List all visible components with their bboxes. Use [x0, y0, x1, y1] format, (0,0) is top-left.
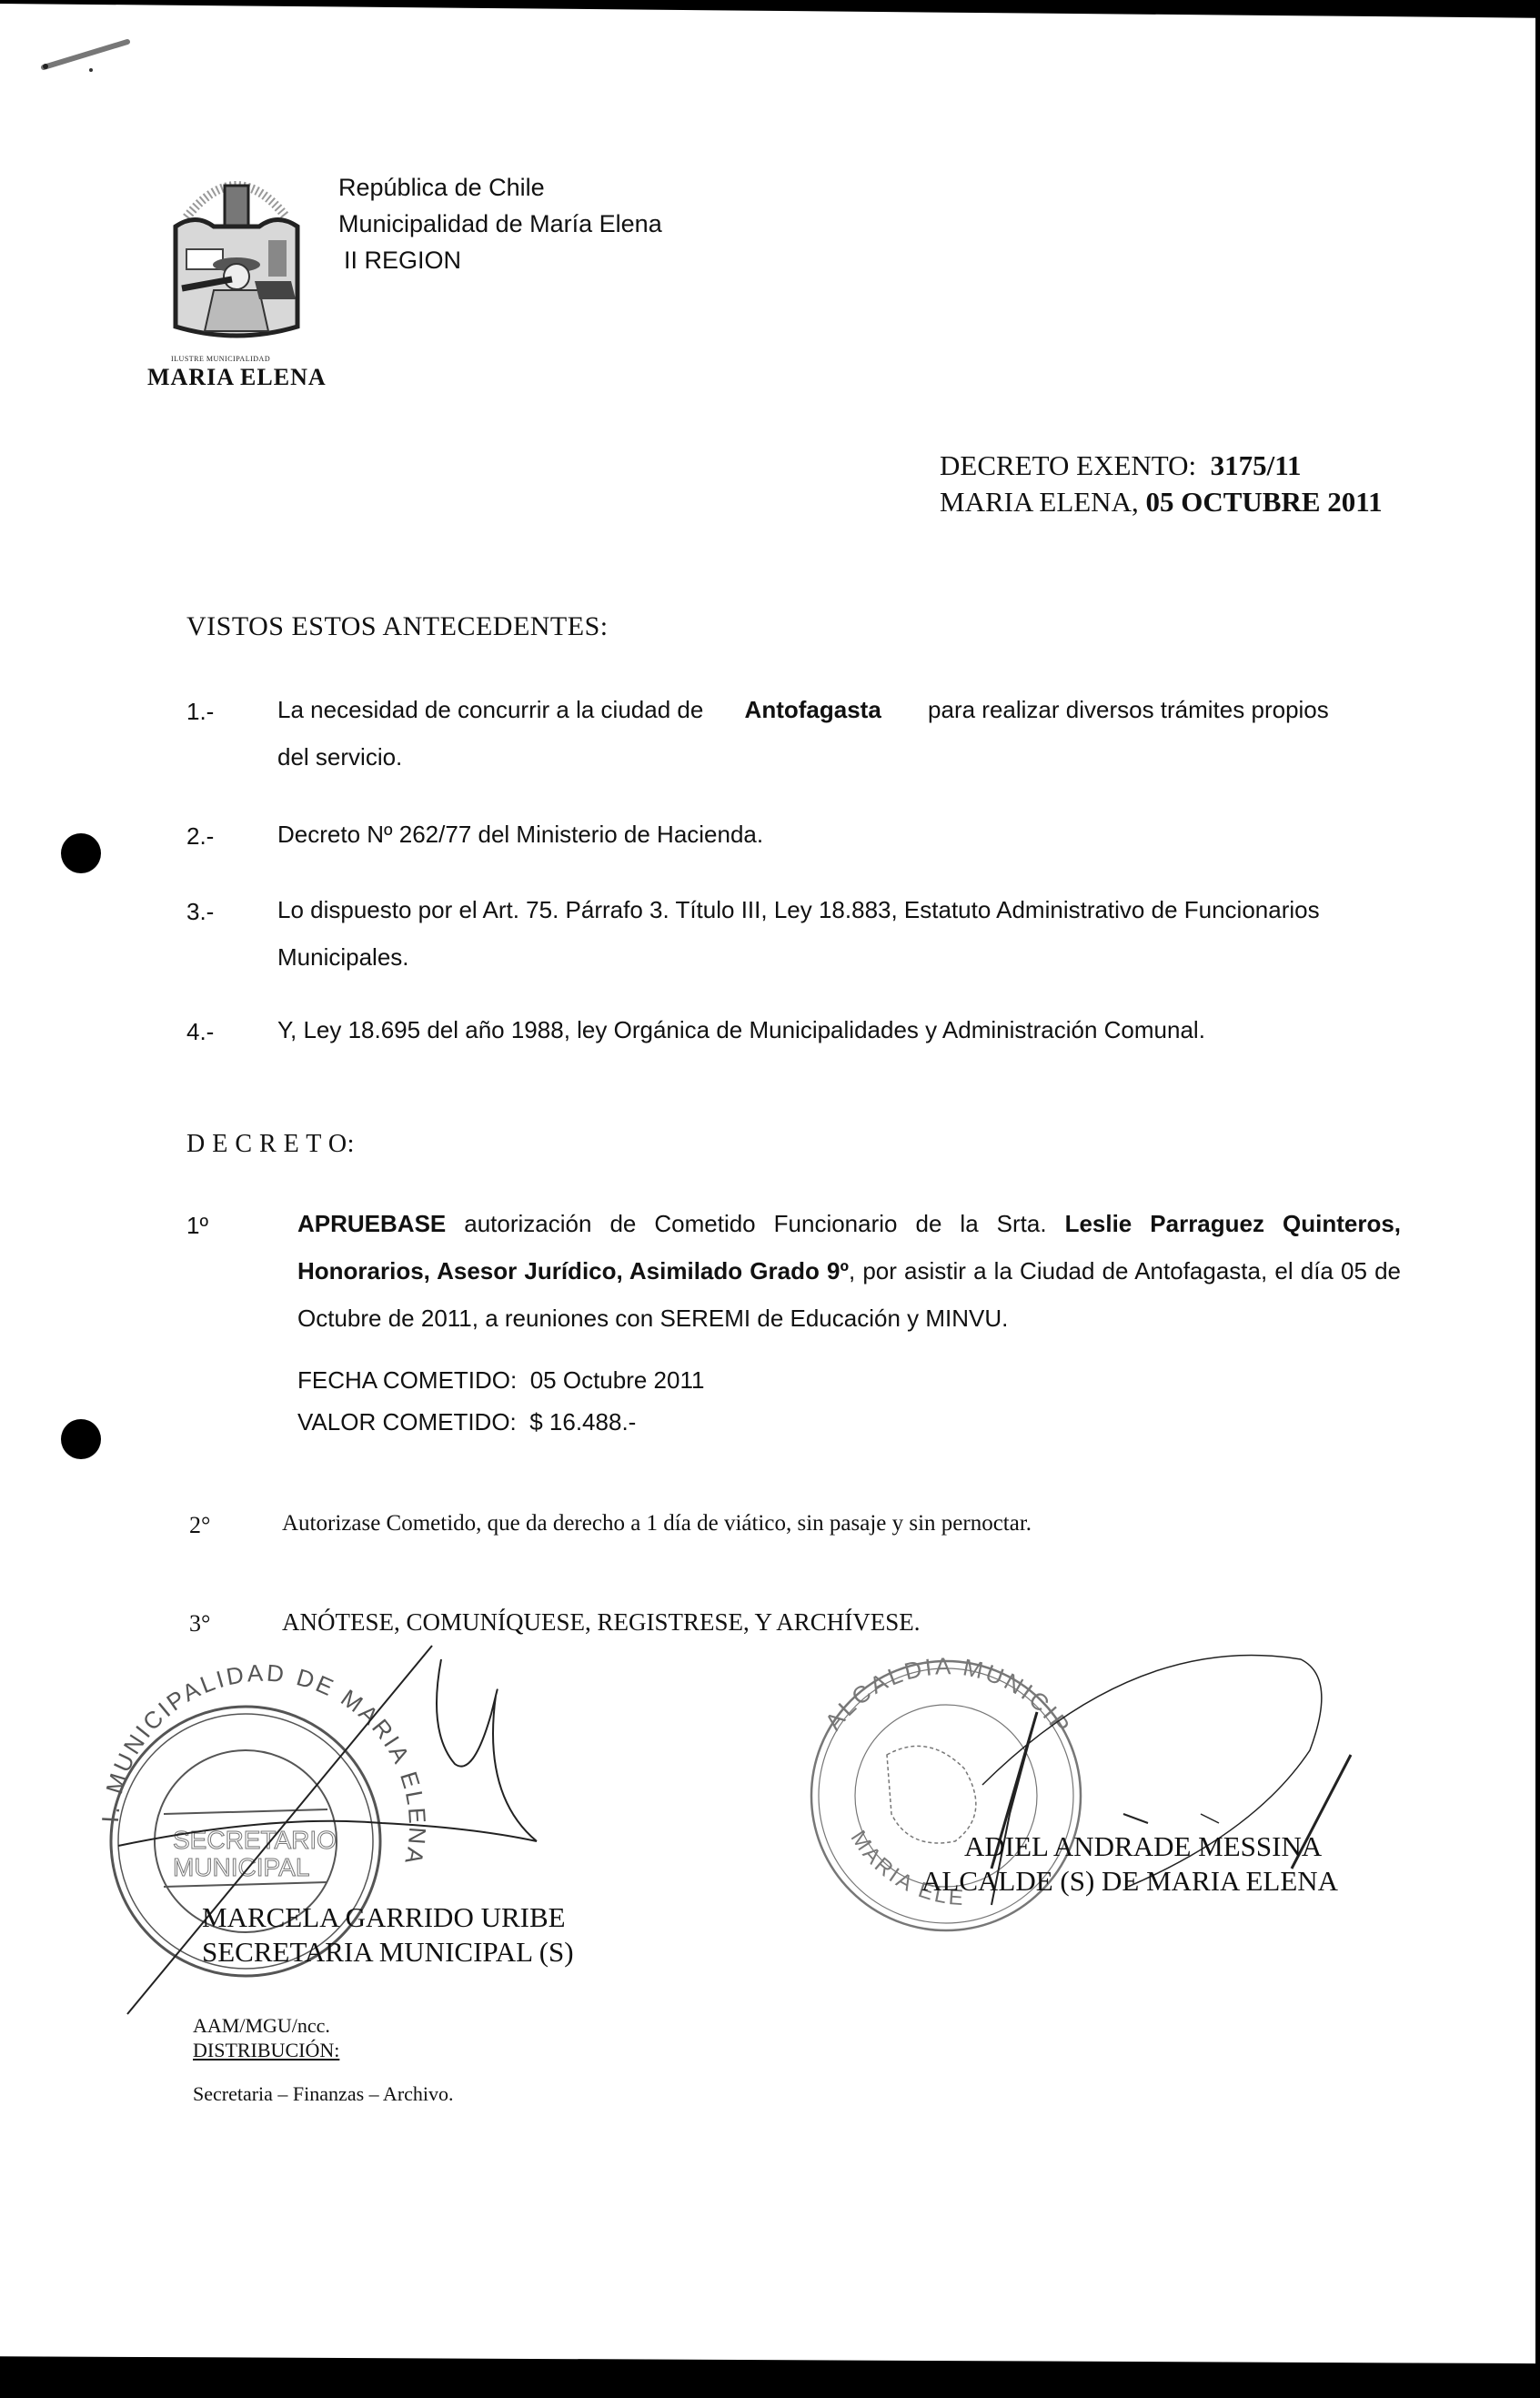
svg-text:SECRETARIO: SECRETARIO	[173, 1826, 337, 1854]
decreto-3-number: 3°	[189, 1610, 210, 1637]
right-signatory-role: ALCALDE (S) DE MARIA ELENA	[921, 1864, 1338, 1899]
svg-text:I. MUNICIPALIDAD DE MARIA ELEN: I. MUNICIPALIDAD DE MARIA ELENA	[96, 1659, 431, 1869]
antecedente-2-text: Decreto Nº 262/77 del Ministerio de Haci…	[277, 811, 1401, 858]
valor-label: VALOR COMETIDO:	[297, 1408, 517, 1436]
decree-place: MARIA ELENA,	[940, 486, 1139, 518]
document-page: ILUSTRE MUNICIPALIDAD MARIA ELENA Repúbl…	[0, 4, 1535, 2383]
initials: AAM/MGU/ncc.	[193, 2014, 330, 2038]
letterhead-country: República de Chile	[338, 169, 662, 206]
decreto-2-text: Autorizase Cometido, que da derecho a 1 …	[282, 1500, 1405, 1547]
scan-edge	[0, 2371, 1540, 2398]
distribution-label: DISTRIBUCIÓN:	[193, 2039, 339, 2062]
antecedente-3-text: Lo dispuesto por el Art. 75. Párrafo 3. …	[277, 886, 1401, 981]
left-signatory-name: MARCELA GARRIDO URIBE	[202, 1900, 574, 1935]
antecedente-4-text: Y, Ley 18.695 del año 1988, ley Orgánica…	[277, 1006, 1401, 1053]
letterhead-municipality: Municipalidad de María Elena	[338, 206, 662, 242]
antecedente-1-text: La necesidad de concurrir a la ciudad de…	[277, 686, 1401, 781]
letterhead-region: II REGION	[338, 242, 662, 278]
antecedentes-title: VISTOS ESTOS ANTECEDENTES:	[186, 611, 609, 642]
decreto-3-text: ANÓTESE, COMUNÍQUESE, REGISTRESE, Y ARCH…	[282, 1598, 1405, 1646]
decree-header: DECRETO EXENTO: 3175/11 MARIA ELENA, 05 …	[940, 448, 1383, 520]
decree-number: 3175/11	[1211, 449, 1302, 481]
left-signatory-role: SECRETARIA MUNICIPAL (S)	[202, 1935, 574, 1970]
distribution-list: Secretaria – Finanzas – Archivo.	[193, 2082, 454, 2106]
destination-city: Antofagasta	[745, 696, 881, 723]
decree-label: DECRETO EXENTO:	[940, 449, 1196, 481]
decreto-title: D E C R E T O:	[186, 1130, 355, 1159]
left-signatory: MARCELA GARRIDO URIBE SECRETARIA MUNICIP…	[202, 1900, 574, 1970]
hole-punch-top	[61, 833, 101, 873]
crest-subtitle: ILUSTRE MUNICIPALIDAD	[171, 355, 270, 363]
cometido-details: FECHA COMETIDO: 05 Octubre 2011 VALOR CO…	[297, 1359, 1421, 1443]
letterhead: República de Chile Municipalidad de Marí…	[338, 169, 662, 278]
fecha-label: FECHA COMETIDO:	[297, 1366, 517, 1394]
staple-mark	[36, 31, 136, 76]
valor-value: $ 16.488.-	[529, 1408, 636, 1436]
antecedente-2-number: 2.-	[186, 822, 214, 851]
fecha-value: 05 Octubre 2011	[530, 1366, 705, 1394]
decree-date: 05 OCTUBRE 2011	[1145, 486, 1382, 518]
crest-name: MARIA ELENA	[147, 364, 327, 391]
municipal-crest-logo	[168, 163, 305, 345]
hole-punch-bottom	[61, 1419, 101, 1459]
right-signatory-name: ADIEL ANDRADE MESSINA	[921, 1829, 1338, 1864]
antecedente-1-number: 1.-	[186, 698, 214, 726]
right-signatory: ADIEL ANDRADE MESSINA ALCALDE (S) DE MAR…	[921, 1829, 1338, 1899]
decreto-1-text: APRUEBASE autorización de Cometido Funci…	[297, 1200, 1401, 1342]
svg-text:MUNICIPAL: MUNICIPAL	[173, 1853, 309, 1881]
antecedente-3-number: 3.-	[186, 898, 214, 926]
antecedente-4-number: 4.-	[186, 1018, 214, 1046]
decreto-1-number: 1º	[186, 1212, 208, 1240]
decreto-2-number: 2°	[189, 1512, 210, 1539]
